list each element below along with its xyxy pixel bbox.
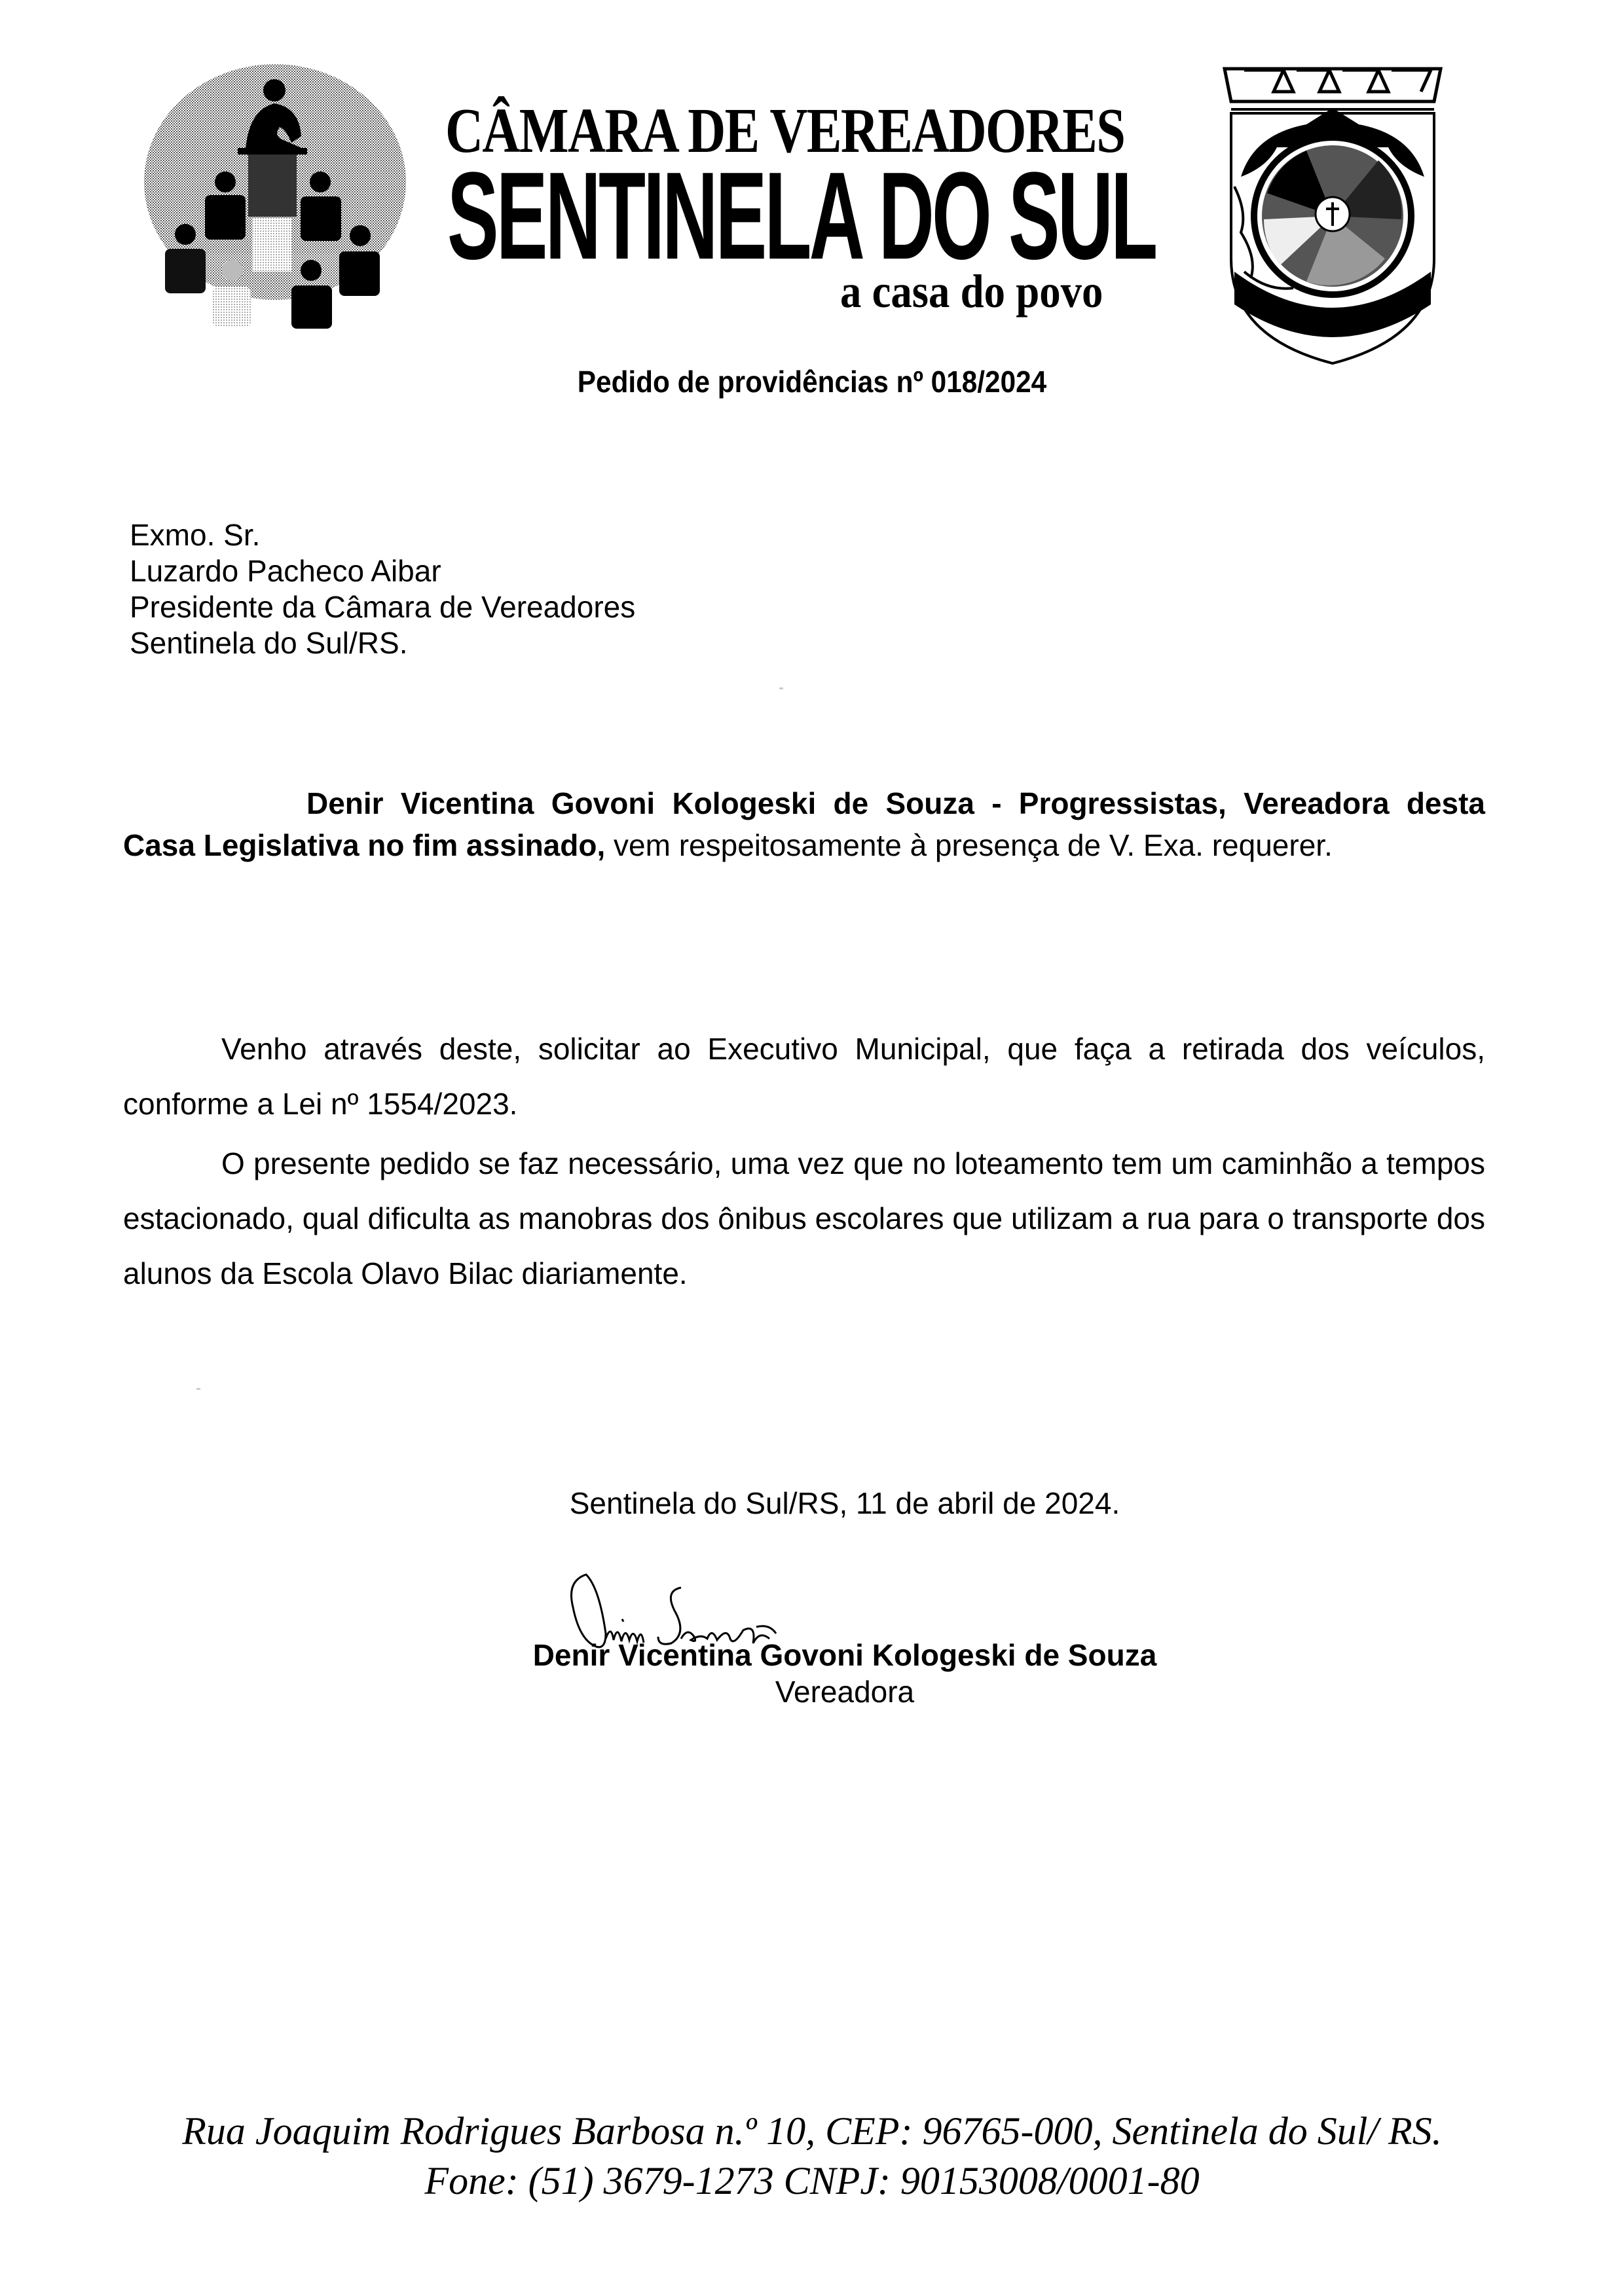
scan-artifact xyxy=(196,1388,200,1390)
footer-address: Rua Joaquim Rodrigues Barbosa n.º 10, CE… xyxy=(0,2108,1624,2154)
header-city-name: SENTINELA DO SUL xyxy=(447,157,1155,275)
justification-paragraph: O presente pedido se faz necessário, uma… xyxy=(123,1136,1485,1301)
addressee-location: Sentinela do Sul/RS. xyxy=(130,625,635,661)
request-paragraph: Venho através deste, solicitar ao Execut… xyxy=(123,1021,1485,1131)
addressee-title: Presidente da Câmara de Vereadores xyxy=(130,589,635,625)
preamble-paragraph: Denir Vicentina Govoni Kologeski de Souz… xyxy=(123,782,1485,866)
signer-name: Denir Vicentina Govoni Kologeski de Souz… xyxy=(0,1637,1624,1673)
addressee-name: Luzardo Pacheco Aibar xyxy=(130,553,635,589)
addressee-salutation: Exmo. Sr. xyxy=(130,517,635,553)
document-title: Pedido de providências nº 018/2024 xyxy=(65,363,1559,400)
preamble-request: vem respeitosamente à presença de V. Exa… xyxy=(605,828,1333,862)
scan-artifact xyxy=(779,687,783,689)
header-tagline: a casa do povo xyxy=(840,265,1103,318)
addressee-block: Exmo. Sr. Luzardo Pacheco Aibar Presiden… xyxy=(130,517,635,661)
signer-role: Vereadora xyxy=(0,1673,1624,1710)
footer-contact: Fone: (51) 3679-1273 CNPJ: 90153008/0001… xyxy=(0,2158,1624,2204)
assembly-people-logo-icon xyxy=(134,58,422,333)
coat-of-arms-icon xyxy=(1221,62,1450,370)
place-and-date: Sentinela do Sul/RS, 11 de abril de 2024… xyxy=(0,1485,1624,1522)
